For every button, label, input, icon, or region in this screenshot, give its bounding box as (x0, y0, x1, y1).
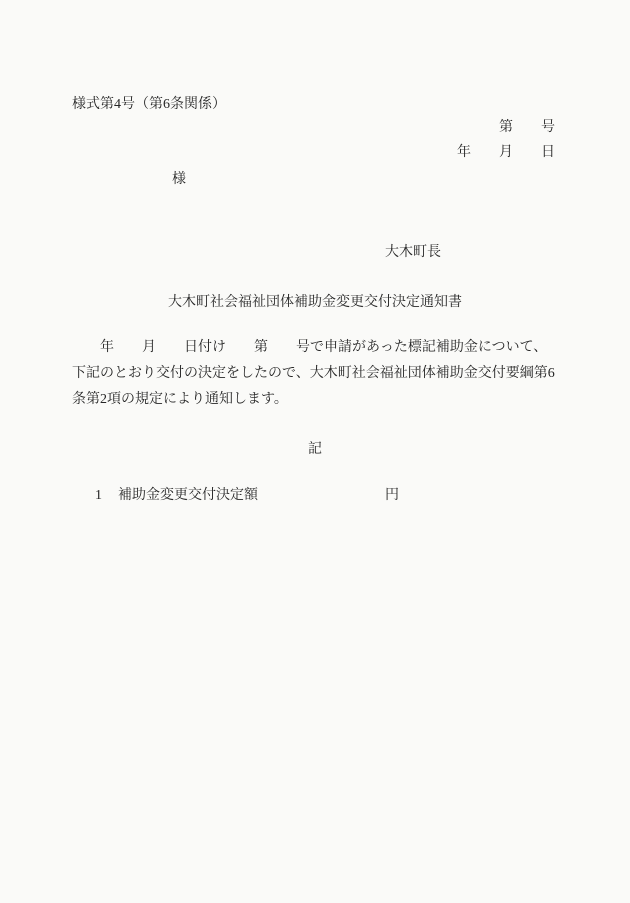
item-number: 1 (95, 486, 102, 506)
item-unit: 円 (385, 486, 399, 506)
form-number: 様式第4号（第6条関係） (72, 95, 226, 115)
addressee-honorific: 様 (172, 170, 186, 190)
document-number-line: 第 号 (499, 118, 555, 138)
body-paragraph-line: 下記のとおり交付の決定をしたので、大木町社会福祉団体補助金交付要綱第6 (72, 364, 555, 384)
document-page: 様式第4号（第6条関係） 第 号 年 月 日 様 大木町長 大木町社会福祉団体補… (0, 0, 630, 903)
body-paragraph-line: 条第2項の規定により通知します。 (72, 390, 288, 410)
item-row: 1 補助金変更交付決定額 円 (0, 486, 630, 506)
date-line: 年 月 日 (457, 143, 555, 163)
body-paragraph-line: 年 月 日付け 第 号で申請があった標記補助金について、 (72, 338, 547, 358)
item-label: 補助金変更交付決定額 (118, 486, 258, 506)
document-title: 大木町社会福祉団体補助金変更交付決定通知書 (0, 293, 630, 313)
record-marker: 記 (0, 440, 630, 460)
sender-name: 大木町長 (385, 243, 441, 263)
